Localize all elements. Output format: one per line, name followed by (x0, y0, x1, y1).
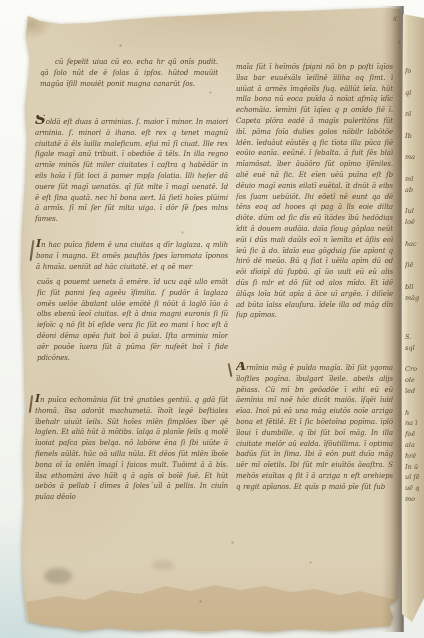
gutter-shadow (382, 6, 404, 632)
ink-smudge (44, 568, 72, 584)
adjacent-page-fragments-lower: S. sqī Cro ole īed h na ī foē ala hrē In… (405, 332, 424, 510)
ink-smudge (152, 560, 174, 570)
ink-specks (0, 0, 1, 1)
quire-mark: ıl (393, 16, 397, 23)
paragraph-soldania: Soldā eſt duas ā arminias. ſ. maior ī mi… (35, 115, 228, 228)
paragraph-right-continuation: maīa ſūt ī heīmōs ſpiani nō bn p poſti ī… (236, 62, 393, 347)
paragraph-laglaza: In hac puīca fidem ē una ciuitas q dīr l… (36, 239, 228, 272)
chapter-initial-flourish (228, 363, 233, 377)
adjacent-page-fragments-upper: fo qī nī Ib ma mī ab Iul loē hac ſiē blī… (405, 66, 424, 310)
parchment-page-wrap: cū ſepelit uiua cū eo. echa hr qū onīs p… (0, 0, 424, 638)
parchment-page: cū ſepelit uiua cū eo. echa hr qū onīs p… (0, 0, 424, 638)
chapter-initial-flourish (29, 395, 33, 413)
paragraph-armenia-maior: Armīnia māg ē puīda magīa. ībī ſūt yqoma… (236, 362, 393, 512)
manuscript-photo: cū ſepelit uiua cū eo. echa hr qū onīs p… (0, 0, 424, 638)
paragraph-chapter-end: cū ſepelit uiua cū eo. echa hr qū onīs p… (40, 57, 218, 91)
paragraph-turchomania: In puīca echomānia ſūt trē gnatōes genti… (35, 394, 228, 512)
adjacent-page-edge: fo qī nī Ib ma mī ab Iul loē hac ſiē blī… (400, 10, 424, 626)
paragraph-merchants: cuōs q pouemt uenets ā emēre. īd ucu aqē… (37, 277, 228, 370)
chapter-initial-flourish (30, 240, 35, 261)
quire-mark: ı (398, 39, 400, 46)
